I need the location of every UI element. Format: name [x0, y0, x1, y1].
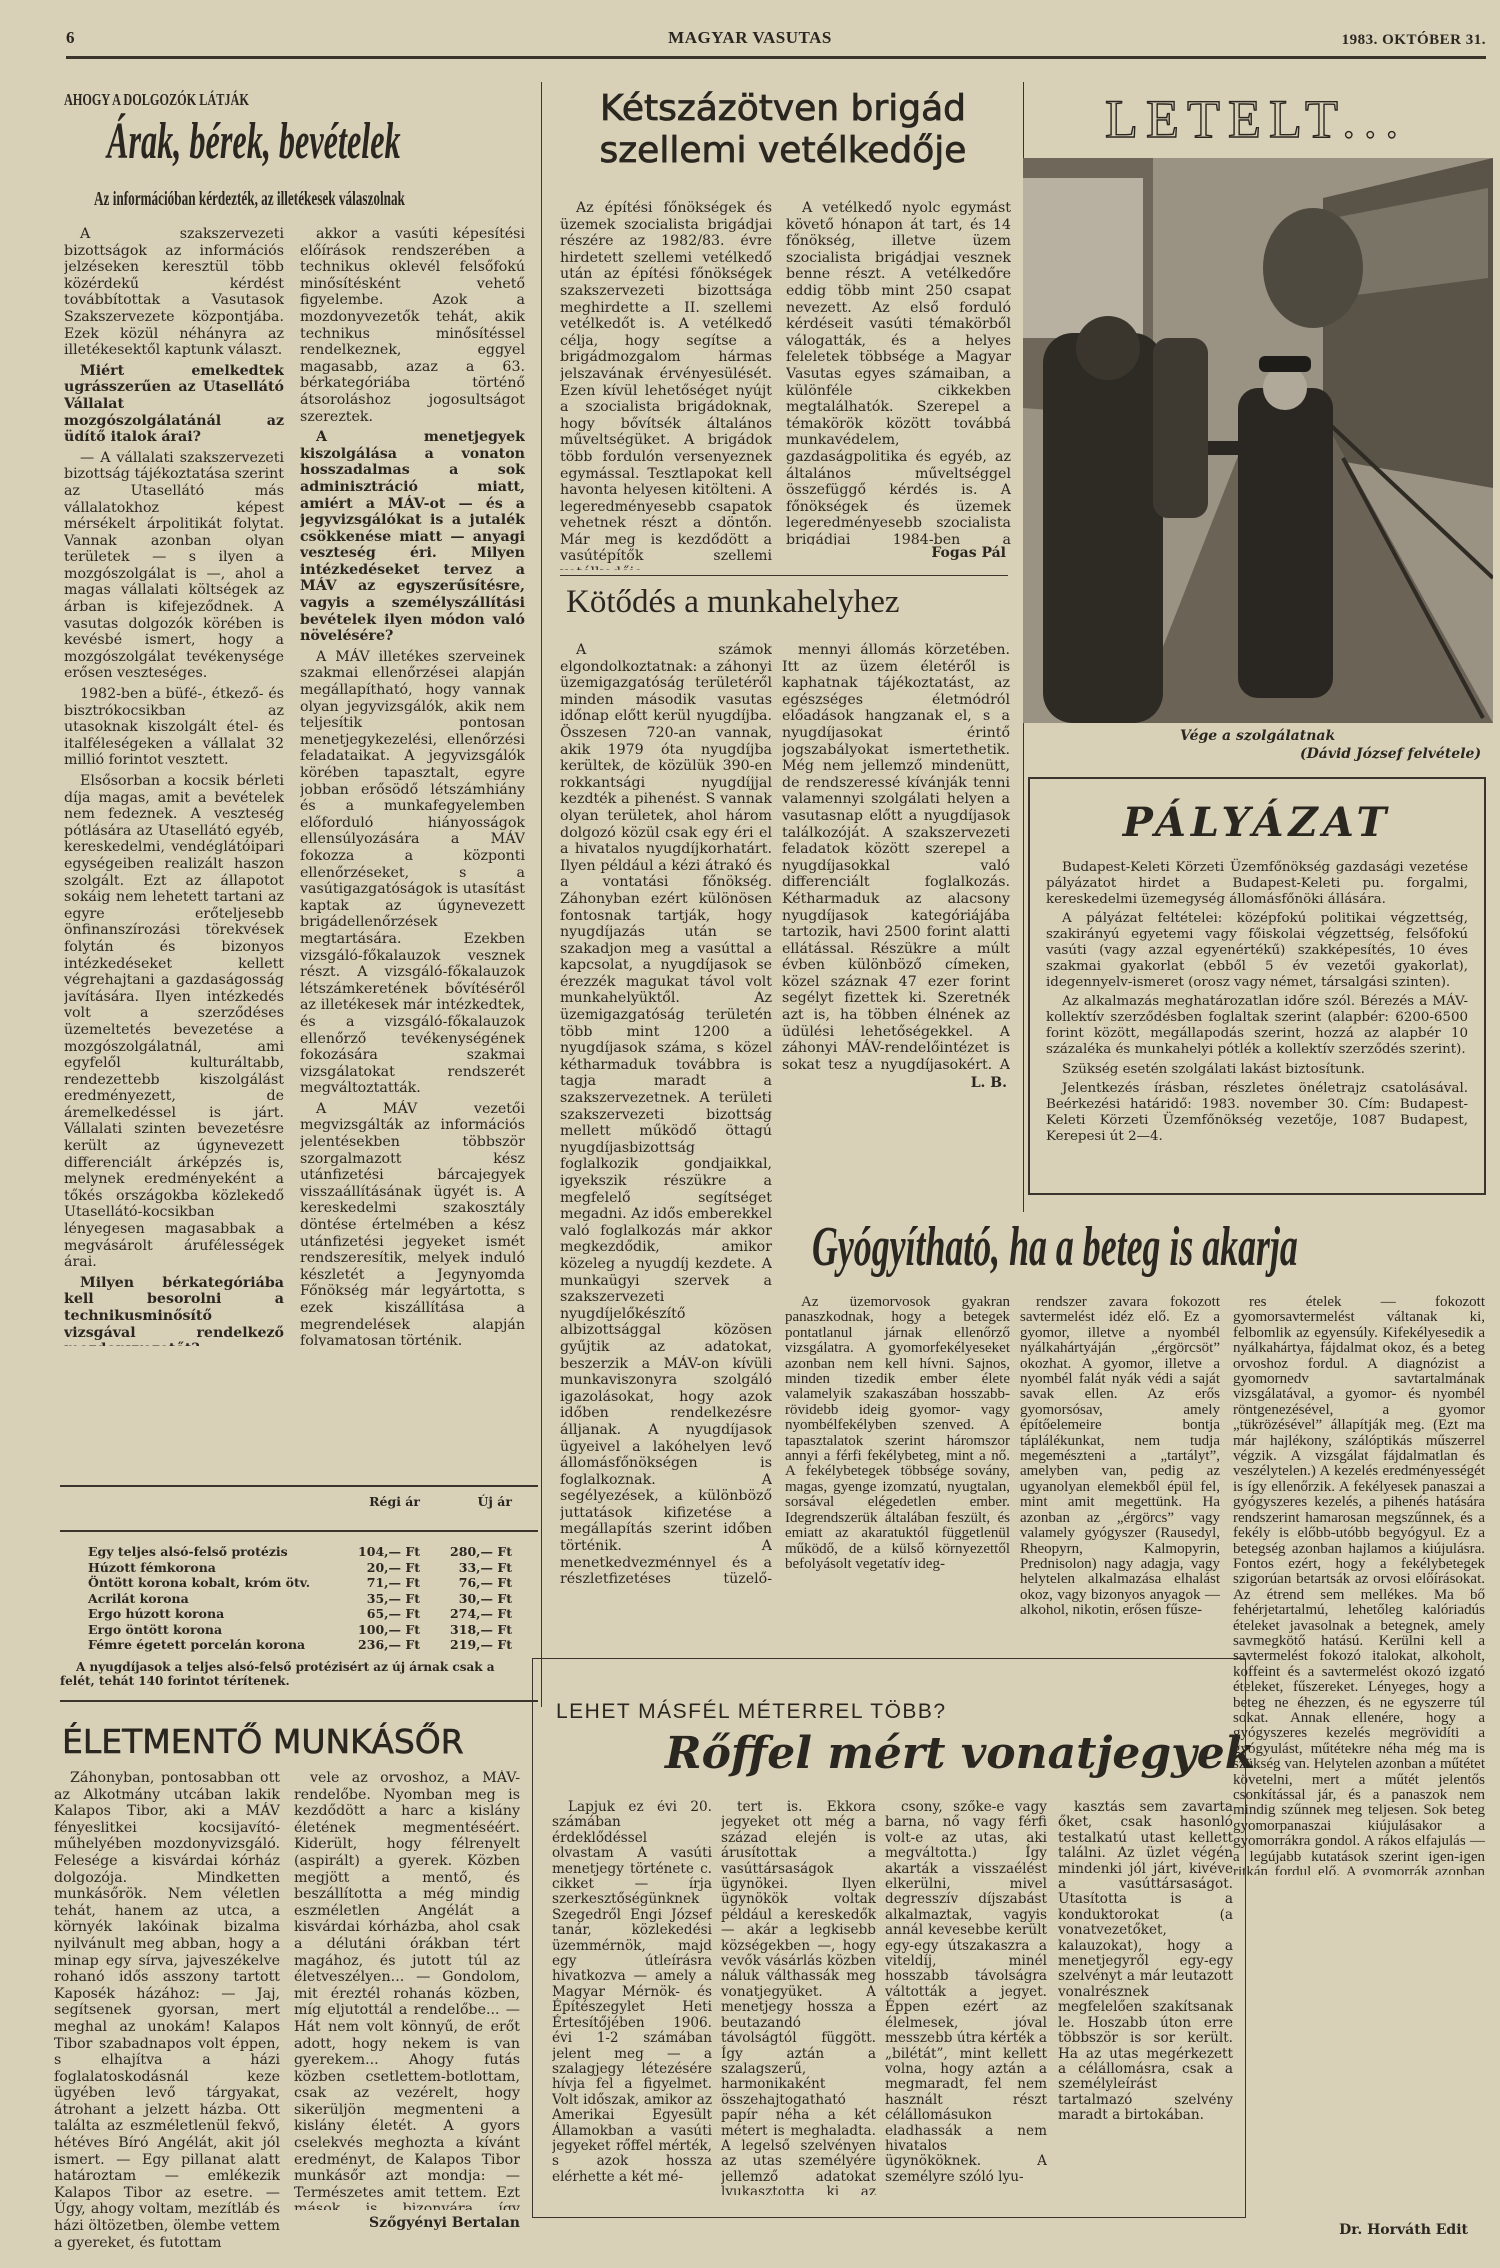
article-column: kasztás sem zavarta őket, csak hasonló t… — [1058, 1800, 1233, 2195]
article-subhead: Az információban kérdezték, az illetékes… — [94, 188, 405, 211]
table-row: Fémre égetett porcelán korona236,— Ft219… — [82, 1637, 518, 1653]
column-header-old-price: Régi ár — [334, 1494, 426, 1510]
job-ad-title: PÁLYÁZAT — [1030, 799, 1484, 846]
article-column: tert is. Ekkora jegyeket ott még a száza… — [721, 1800, 876, 2195]
news-photo — [1023, 158, 1493, 723]
article-column: res ételek — fokozott gyomorsavtermelést… — [1258, 1880, 1483, 2225]
job-ad-body: Budapest-Keleti Körzeti Üzemfőnökség gaz… — [1046, 860, 1468, 1145]
article-headline: Árak, bérek, bevételek — [107, 112, 401, 171]
article-column: A számok elgondolkoztatnak: a záhonyi üz… — [560, 642, 772, 1587]
article-headline: Kötődés a munkahelyhez — [566, 584, 900, 621]
table-row: Öntött korona kobalt, króm ötv.71,— Ft76… — [82, 1575, 518, 1591]
article-kicker: LEHET MÁSFÉL MÉTERREL TÖBB? — [556, 1700, 947, 1724]
article-headline: Gyógyítható, ha a beteg is akarja — [812, 1215, 1298, 1279]
table-row: Húzott fémkorona20,— Ft33,— Ft — [82, 1560, 518, 1576]
article-column: Lapjuk ez évi 20. számában érdeklődéssel… — [552, 1800, 712, 2195]
table-row: Acrilát korona35,— Ft30,— Ft — [82, 1591, 518, 1607]
section-rule — [560, 575, 1008, 576]
section-rule — [60, 1700, 538, 1702]
article-column: rendszer zavara fokozott savtermelést id… — [1020, 1295, 1220, 1650]
article-column: vele az orvoshoz, a MÁV-rendelőbe. Nyomb… — [294, 1770, 520, 2210]
article-column: Az építési főnökségek és üzemek szociali… — [560, 200, 772, 570]
article-headline: Rőffel mért vonatjegyek — [665, 1728, 1255, 1779]
article-headline: ÉLETMENTŐ MUNKÁSŐR — [62, 1722, 464, 1761]
article-kicker: AHOGY A DOLGOZÓK LÁTJÁK — [64, 90, 249, 110]
column-header-new-price: Új ár — [426, 1494, 518, 1510]
photo-caption: Vége a szolgálatnak — [1180, 728, 1335, 744]
issue-date: 1983. OKTÓBER 31. — [1342, 32, 1486, 49]
article-byline: Szőgyényi Bertalan — [294, 2215, 520, 2231]
table-rule-header — [60, 1530, 538, 1532]
article-headline: Kétszázötven brigád szellemi vetélkedője — [548, 88, 1018, 172]
price-table: Régi ár Új ár — [82, 1494, 518, 1510]
article-column: res ételek — fokozott gyomorsavtermelést… — [1233, 1295, 1485, 1875]
article-column: csony, szőke-e vagy barna, nő vagy férfi… — [885, 1800, 1047, 2195]
article-byline: Dr. Horváth Edit — [1258, 2222, 1468, 2238]
table-row: Ergo húzott korona65,— Ft274,— Ft — [82, 1606, 518, 1622]
photo-credit: (Dávid József felvétele) — [1300, 746, 1481, 762]
table-header-row: Régi ár Új ár — [82, 1494, 518, 1510]
masthead-rule — [66, 56, 1486, 59]
table-rule-top — [60, 1485, 538, 1487]
article-column: akkor a vasúti képesítési előírások rend… — [300, 226, 525, 1346]
article-column: mennyi állomás körzetében. Itt az üzem é… — [782, 642, 1010, 1072]
article-column: A szakszervezeti bizottságok az informác… — [64, 226, 284, 1346]
job-ad-box: PÁLYÁZAT Budapest-Keleti Körzeti Üzemfőn… — [1028, 777, 1486, 1195]
price-table-body: Egy teljes alsó-felső protézis104,— Ft28… — [82, 1544, 518, 1653]
article-column: Az üzemorvosok gyakran panaszkodnak, hog… — [785, 1295, 1010, 1650]
table-footnote: A nyugdíjasok a teljes alsó-felső protéz… — [60, 1660, 530, 1688]
article-column: A vetélkedő nyolc egymást követő hónapon… — [786, 200, 1011, 545]
column-divider — [541, 82, 542, 1707]
article-byline: L. B. — [782, 1075, 1007, 1091]
paper-name: MAGYAR VASUTAS — [0, 28, 1500, 48]
photo-feature-title: LETELT... — [1105, 88, 1406, 150]
article-column: Záhonyban, pontosabban ott az Alkotmány … — [54, 1770, 280, 2250]
table-row: Ergo öntött korona100,— Ft318,— Ft — [82, 1622, 518, 1638]
table-row: Egy teljes alsó-felső protézis104,— Ft28… — [82, 1544, 518, 1560]
handshake-photo-icon — [1023, 158, 1493, 723]
article-byline: Fogas Pál — [786, 545, 1006, 561]
